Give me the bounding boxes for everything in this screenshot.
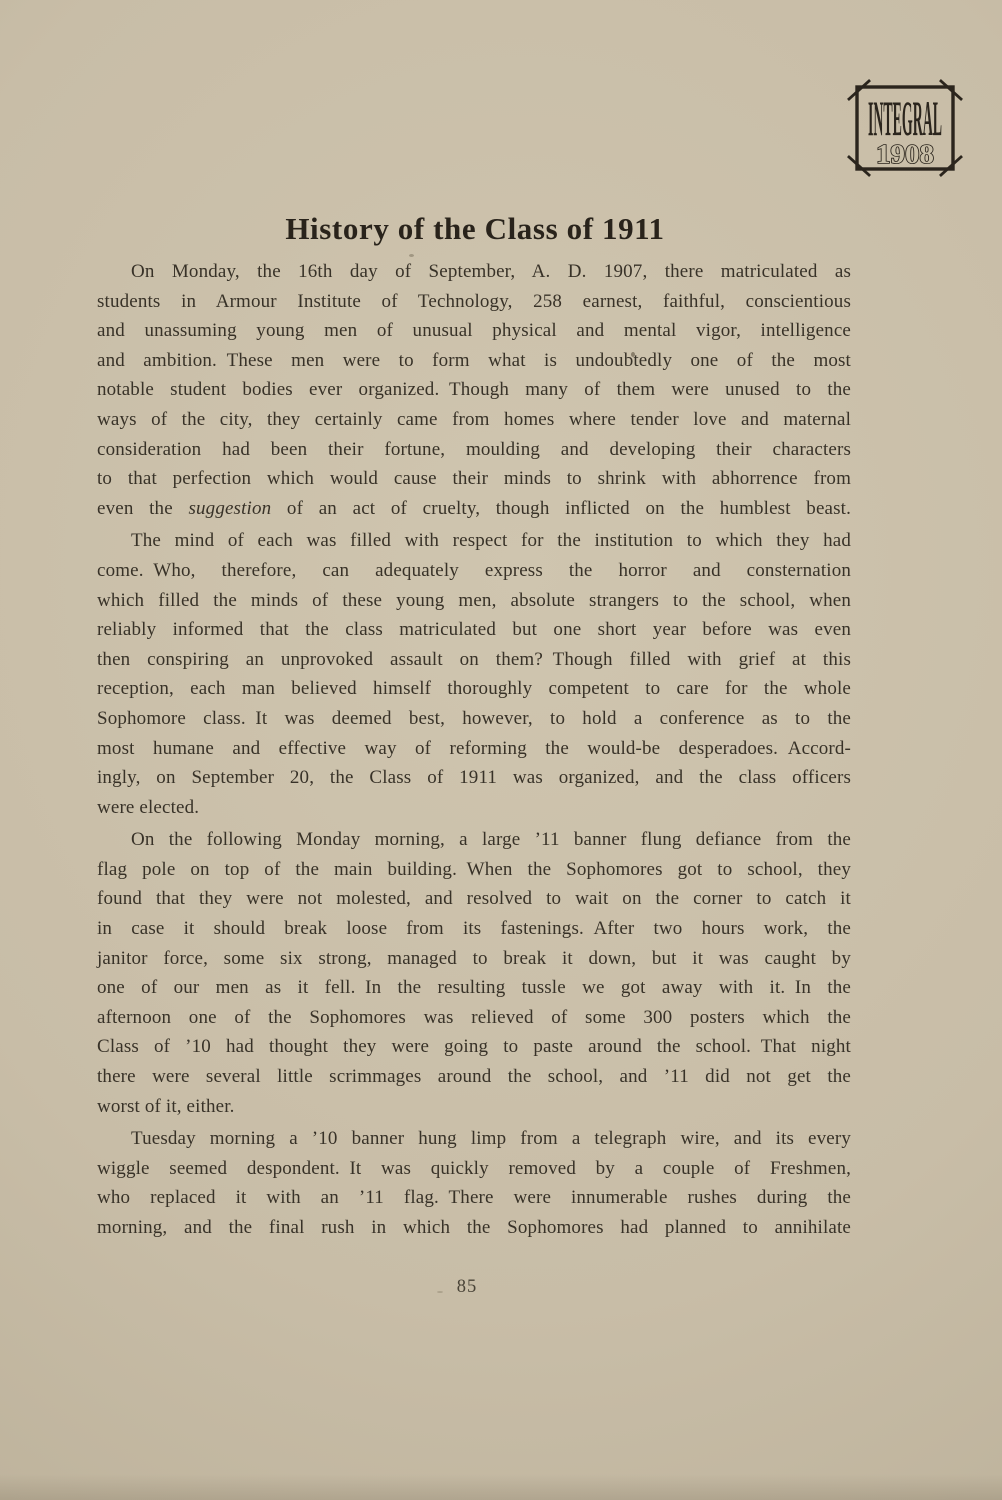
text-line: morning, and the final rush in which the… — [97, 1213, 851, 1243]
text-line: students in Armour Institute of Technolo… — [97, 287, 851, 317]
text-line: notable student bodies ever organized. T… — [97, 375, 851, 405]
text-line: flag pole on top of the main building. W… — [97, 855, 851, 885]
text-line: and ambition. These men were to form wha… — [97, 346, 851, 376]
text-line: wiggle seemed despondent. It was quickly… — [97, 1154, 851, 1184]
scanned-book-page: INTEGRAL 1908 History of the Class of 19… — [0, 0, 1002, 1500]
text-line: janitor force, some six strong, managed … — [97, 944, 851, 974]
text-line: most humane and effective way of reformi… — [97, 734, 851, 764]
text-line: were elected. — [97, 793, 851, 823]
paragraph: On the following Monday morning, a large… — [97, 825, 851, 1121]
emblem-corner-barb — [941, 81, 961, 99]
text-line: and unassuming young men of unusual phys… — [97, 316, 851, 346]
text-line: Tuesday morning a ’10 banner hung limp f… — [97, 1124, 851, 1154]
text-line: to that perfection which would cause the… — [97, 464, 851, 494]
body-text: On Monday, the 16th day of September, A.… — [97, 257, 851, 1246]
text-line: consideration had been their fortune, mo… — [97, 435, 851, 465]
text-line: Class of ’10 had thought they were going… — [97, 1032, 851, 1062]
text-line: afternoon one of the Sophomores was reli… — [97, 1003, 851, 1033]
emblem-year-text: 1908 — [876, 139, 934, 169]
emblem-corner-barb — [849, 81, 869, 99]
text-line: one of our men as it fell. In the result… — [97, 973, 851, 1003]
paragraph: On Monday, the 16th day of September, A.… — [97, 257, 851, 523]
text-line: ways of the city, they certainly came fr… — [97, 405, 851, 435]
emblem-monogram-text: INTEGRAL — [868, 90, 942, 146]
page-number: 85 — [97, 1277, 837, 1298]
text-line: reliably informed that the class matricu… — [97, 615, 851, 645]
text-line: worst of it, either. — [97, 1092, 851, 1122]
text-line: in case it should break loose from its f… — [97, 914, 851, 944]
text-line: On Monday, the 16th day of September, A.… — [97, 257, 851, 287]
text-line: Sophomore class. It was deemed best, how… — [97, 704, 851, 734]
text-line: ingly, on September 20, the Class of 191… — [97, 763, 851, 793]
text-line: found that they were not molested, and r… — [97, 884, 851, 914]
text-line: there were several little scrimmages aro… — [97, 1062, 851, 1092]
emblem-corner-barb — [941, 157, 961, 175]
text-line: The mind of each was filled with respect… — [97, 526, 851, 556]
paragraph: Tuesday morning a ’10 banner hung limp f… — [97, 1124, 851, 1242]
emblem-corner-barb — [849, 157, 869, 175]
text-line: which filled the minds of these young me… — [97, 586, 851, 616]
integral-1908-emblem: INTEGRAL 1908 — [846, 78, 964, 178]
text-line: On the following Monday morning, a large… — [97, 825, 851, 855]
text-line: even the suggestion of an act of cruelty… — [97, 494, 851, 524]
text-line: reception, each man believed himself tho… — [97, 674, 851, 704]
text-line: who replaced it with an ’11 flag. There … — [97, 1183, 851, 1213]
text-line: come. Who, therefore, can adequately exp… — [97, 556, 851, 586]
emblem-graphic: INTEGRAL 1908 — [846, 78, 964, 178]
text-line: then conspiring an unprovoked assault on… — [97, 645, 851, 675]
paragraph: The mind of each was filled with respect… — [97, 526, 851, 822]
page-title: History of the Class of 1911 — [97, 211, 853, 247]
